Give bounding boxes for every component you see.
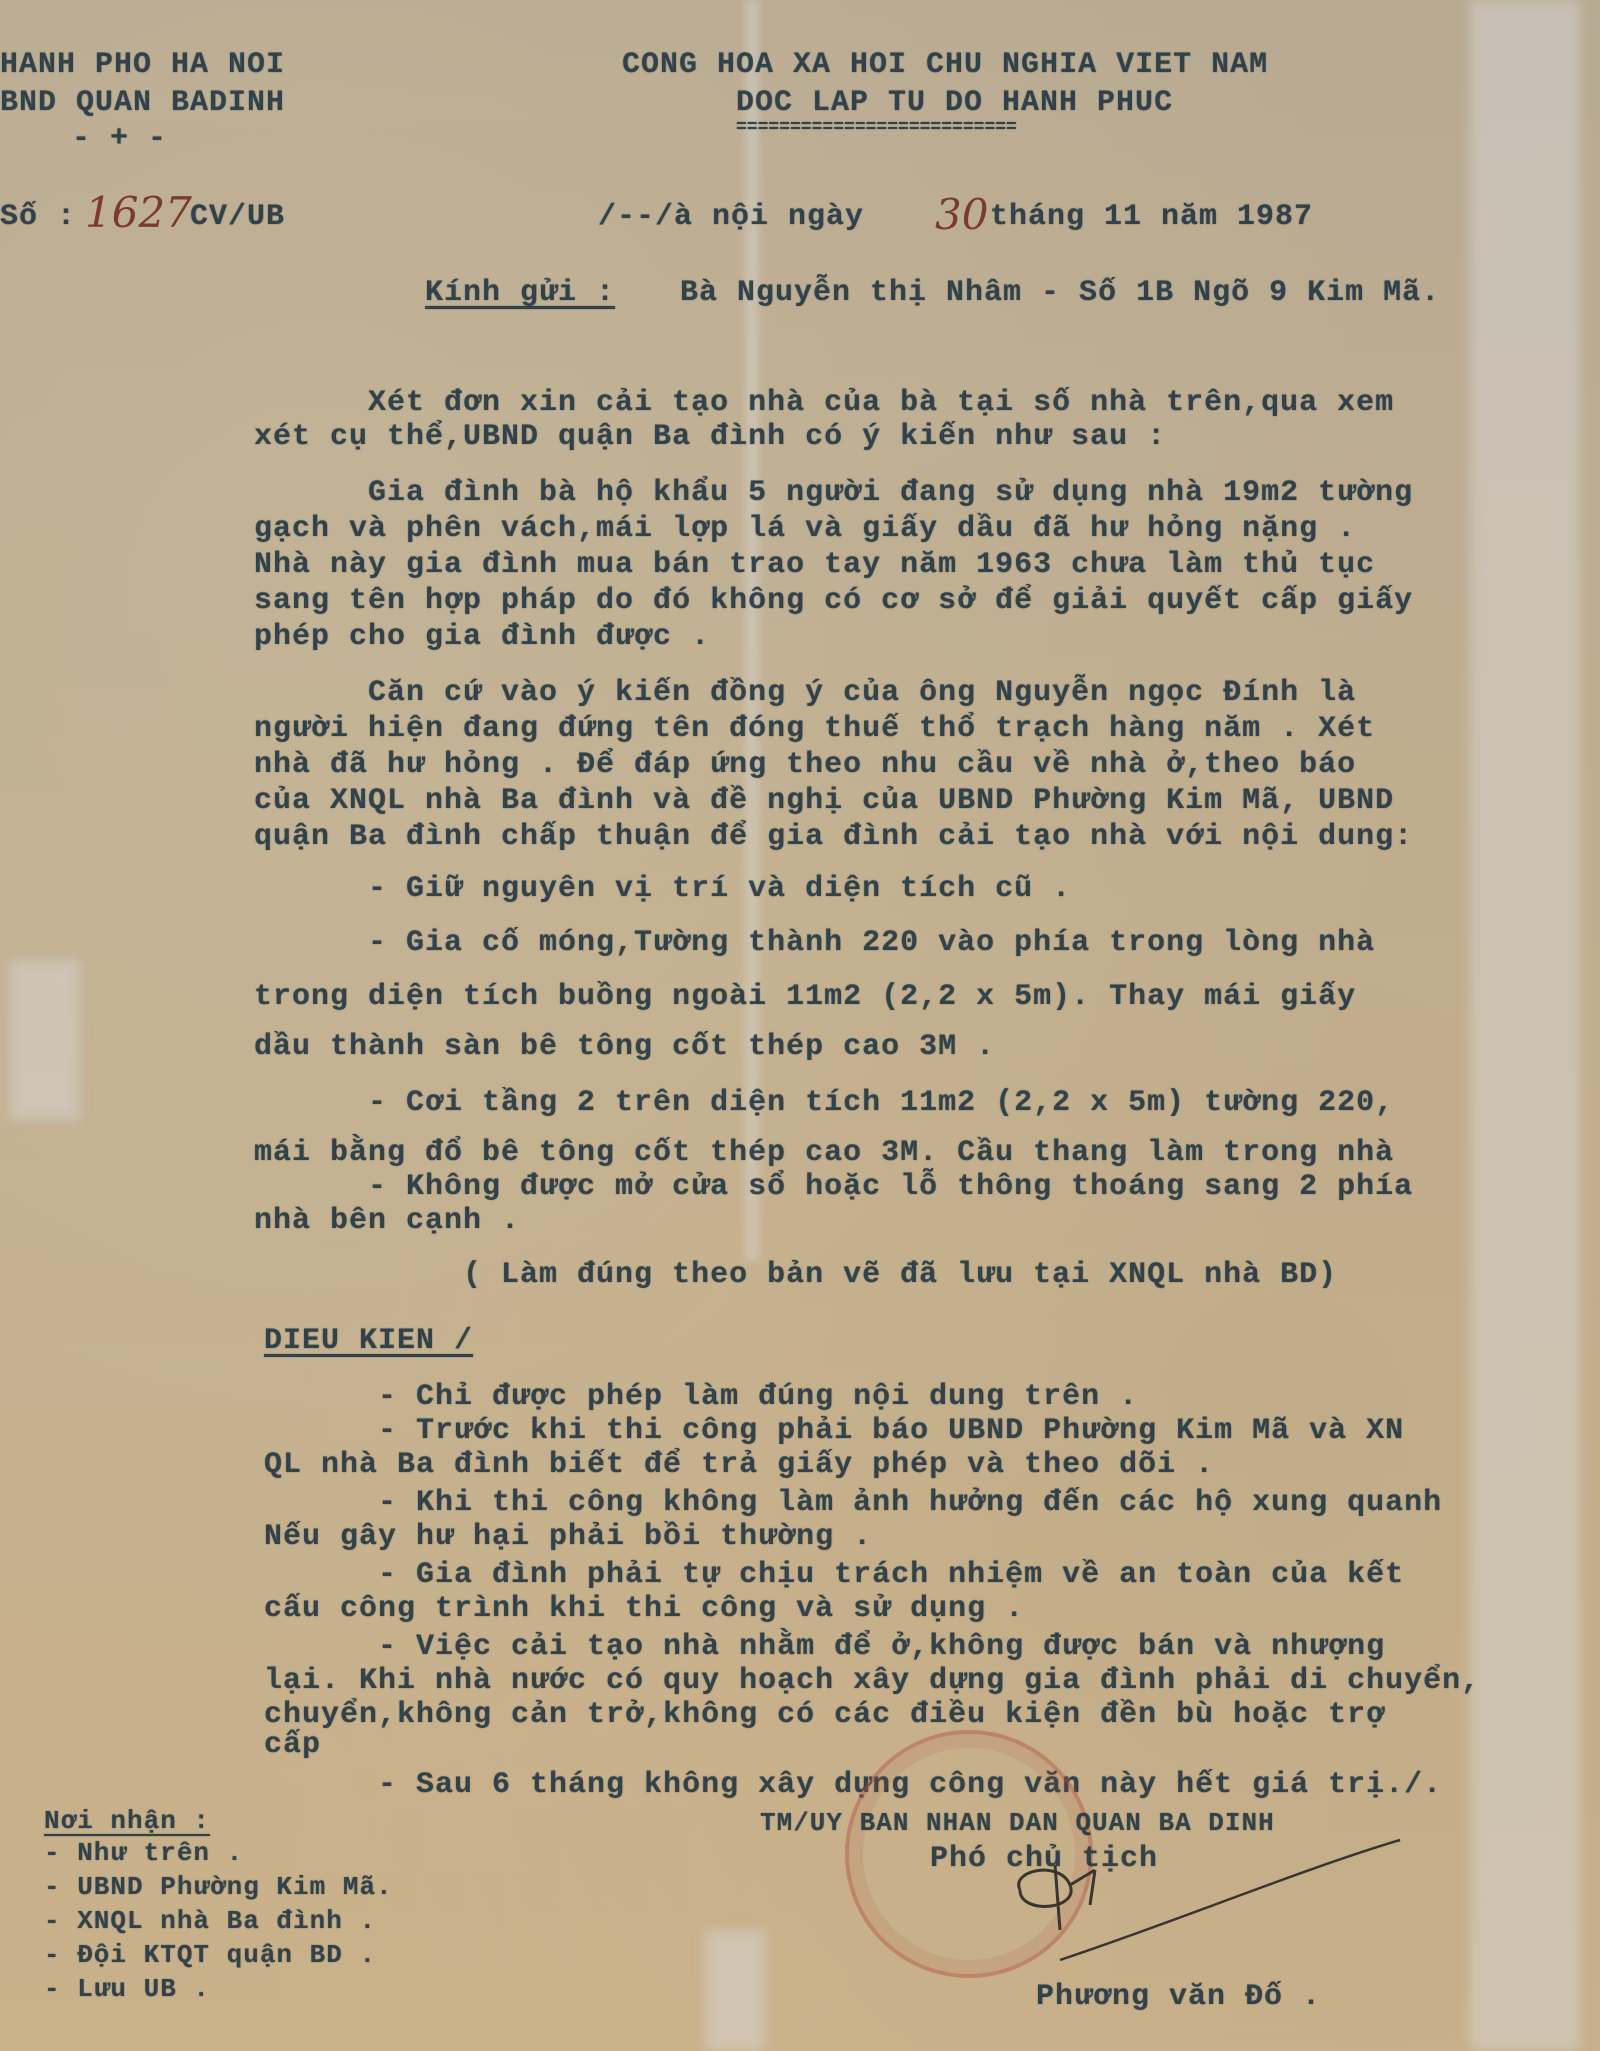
recipient-item: - UBND Phường Kim Mã. <box>44 1872 393 1902</box>
condition-line: QL nhà Ba đình biết để trả giấy phép và … <box>264 1448 1214 1482</box>
body-line: - Giữ nguyên vị trí và diện tích cũ . <box>254 872 1071 906</box>
body-line: - Gia cố móng,Tường thành 220 vào phía t… <box>254 926 1375 960</box>
body-line: ( Làm đúng theo bản vẽ đã lưu tại XNQL n… <box>254 1258 1337 1292</box>
signer-title: Phó chủ tịch <box>930 1842 1158 1876</box>
condition-line: cấu công trình khi thi công và sử dụng . <box>264 1592 1024 1626</box>
condition-line: - Gia đình phải tự chịu trách nhiệm về a… <box>264 1558 1404 1592</box>
body-line: dầu thành sàn bê tông cốt thép cao 3M . <box>254 1030 995 1064</box>
condition-line: cấp <box>264 1728 321 1762</box>
body-line: xét cụ thể,UBND quận Ba đình có ý kiến n… <box>254 420 1166 454</box>
condition-line: - Chỉ được phép làm đúng nội dung trên . <box>264 1380 1138 1414</box>
paper-fold <box>745 0 759 1260</box>
body-line: - Cơi tầng 2 trên diện tích 11m2 (2,2 x … <box>254 1086 1394 1120</box>
condition-line: chuyển,không cản trở,không có các điều k… <box>264 1698 1385 1732</box>
handwritten-ref-number: 1627 <box>85 188 192 237</box>
body-line: trong diện tích buồng ngoài 11m2 (2,2 x … <box>254 980 1356 1014</box>
header-ornament: - + - <box>72 122 167 156</box>
body-line: Gia đình bà hộ khẩu 5 người đang sử dụng… <box>254 476 1413 510</box>
body-line: Căn cứ vào ý kiến đồng ý của ông Nguyễn … <box>254 676 1356 710</box>
issuer-district: BND QUAN BADINH <box>0 86 285 120</box>
paper-stain <box>10 960 80 1120</box>
issuer-city: HANH PHO HA NOI <box>0 48 285 82</box>
national-title: CONG HOA XA HOI CHU NGHIA VIET NAM <box>622 48 1268 82</box>
recipient-item: - XNQL nhà Ba đình . <box>44 1906 376 1936</box>
handwritten-day: 30 <box>935 190 988 239</box>
condition-line: - Việc cải tạo nhà nhằm để ở,không được … <box>264 1630 1385 1664</box>
body-line: nhà đã hư hỏng . Để đáp ứng theo nhu cầu… <box>254 748 1356 782</box>
recipient-item: - Lưu UB . <box>44 1974 210 2004</box>
condition-line: lại. Khi nhà nước có quy hoạch xây dựng … <box>264 1664 1480 1698</box>
motto-underline: ========================== <box>736 118 1017 138</box>
body-line: của XNQL nhà Ba đình và đề nghị của UBND… <box>254 784 1394 818</box>
body-line: Xét đơn xin cải tạo nhà của bà tại số nh… <box>254 386 1394 420</box>
body-line: sang tên hợp pháp do đó không có cơ sở đ… <box>254 584 1413 618</box>
recipient-item: - Đội KTQT quận BD . <box>44 1940 376 1970</box>
signing-authority: TM/UY BAN NHAN DAN QUAN BA DINH <box>760 1808 1275 1838</box>
condition-line: - Trước khi thi công phải báo UBND Phườn… <box>264 1414 1404 1448</box>
body-line: nhà bên cạnh . <box>254 1204 520 1238</box>
signer-name: Phương văn Đố . <box>1036 1980 1321 2014</box>
recipients-heading: Nơi nhận : <box>44 1806 210 1836</box>
addressee-text: Bà Nguyễn thị Nhâm - Số 1B Ngõ 9 Kim Mã. <box>680 276 1440 310</box>
addressee-label: Kính gửi : <box>425 276 615 310</box>
body-line: - Không được mở cửa sổ hoặc lỗ thông tho… <box>254 1170 1413 1204</box>
conditions-heading: DIEU KIEN / <box>264 1324 473 1358</box>
paper-stain <box>1470 0 1580 2051</box>
paper-stain <box>705 1930 765 2051</box>
condition-line: - Sau 6 tháng không xây dựng công văn nà… <box>264 1768 1442 1802</box>
condition-line: Nếu gây hư hại phải bồi thường . <box>264 1520 872 1554</box>
body-line: gạch và phên vách,mái lợp lá và giấy dầu… <box>254 512 1356 546</box>
national-motto: DOC LAP TU DO HANH PHUC <box>736 86 1173 120</box>
condition-line: - Khi thi công không làm ảnh hưởng đến c… <box>264 1486 1442 1520</box>
body-line: quận Ba đình chấp thuận để gia đình cải … <box>254 820 1413 854</box>
body-line: Nhà này gia đình mua bán trao tay năm 19… <box>254 548 1375 582</box>
body-line: người hiện đang đứng tên đóng thuế thổ t… <box>254 712 1375 746</box>
body-line: mái bằng đổ bê tông cốt thép cao 3M. Cầu… <box>254 1136 1394 1170</box>
recipient-item: - Như trên . <box>44 1838 243 1868</box>
body-line: phép cho gia đình được . <box>254 620 710 654</box>
